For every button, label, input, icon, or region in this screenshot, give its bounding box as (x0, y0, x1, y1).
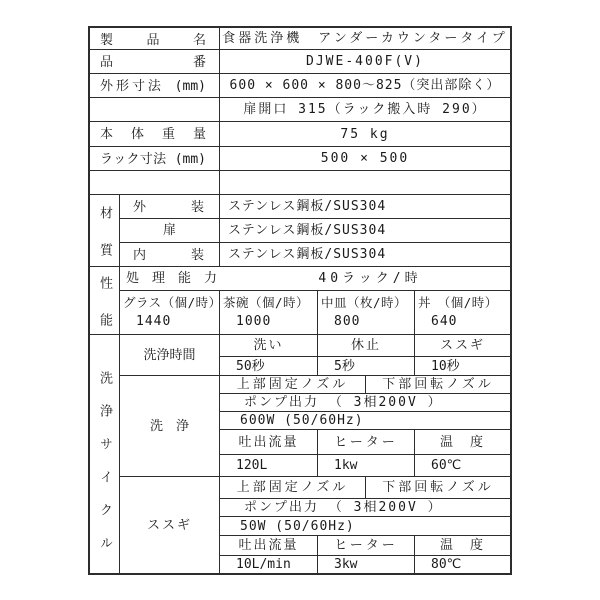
rinse-heater-header: ヒーター (318, 536, 415, 556)
wash-flow-header: 吐出流量 (220, 430, 318, 455)
rinse-flow-value: 10L/min (220, 556, 318, 573)
rinse-nozzle-upper: 上部固定ノズル (220, 477, 366, 499)
wash-section-label: 洗 浄 (120, 376, 220, 477)
wash-nozzle-lower: 下部回転ノズル (366, 376, 510, 394)
product-name-value: 食器洗浄機 アンダーカウンタータイプ (220, 28, 510, 50)
phase-pause-header: 休止 (318, 335, 415, 357)
capacity-item-header: 中皿（枚/時） (318, 297, 414, 310)
rinse-section-label: ススギ (120, 477, 220, 573)
rinse-flow-header: 吐出流量 (220, 536, 318, 556)
material-door-value: ステンレス鋼板/SUS304 (220, 219, 510, 243)
model-number-label: 品番 (90, 50, 220, 74)
capacity-item-value: 640 (415, 315, 510, 328)
model-number-value: DJWE-400F(V) (220, 50, 510, 74)
capacity-value: 40ラック/時 (230, 272, 510, 285)
capacity-item-donburi: 丼 （個/時） 640 (415, 291, 510, 335)
material-exterior-label: 外装 (120, 195, 220, 219)
rinse-temp-header: 温 度 (415, 536, 510, 556)
phase-rinse-value: 10秒 (415, 357, 510, 376)
body-weight-label: 本体重量 (90, 122, 220, 147)
performance-group-cell: 性能 (90, 267, 120, 335)
capacity-item-header: グラス（個/時） (120, 297, 219, 310)
material-group-label: 材質 (98, 206, 111, 268)
wash-temp-header: 温 度 (415, 430, 510, 455)
wash-heater-header: ヒーター (318, 430, 415, 455)
rinse-temp-value: 80℃ (415, 556, 510, 573)
performance-group-label: 性能 (98, 276, 111, 336)
rack-size-label: ラック寸法 (mm) (90, 147, 220, 171)
wash-temp-value: 60℃ (415, 455, 510, 477)
capacity-item-header: 丼 （個/時） (415, 297, 510, 310)
wash-time-label: 洗浄時間 (120, 335, 220, 376)
phase-wash-header: 洗い (220, 335, 318, 357)
spec-table: 製品名 食器洗浄機 アンダーカウンタータイプ 品番 DJWE-400F(V) 外… (88, 26, 512, 575)
capacity-row: 処理能力 40ラック/時 (120, 267, 510, 291)
door-opening-value: 扉開口 315（ラック搬入時 290） (220, 98, 510, 122)
material-door-label: 扉 (120, 219, 220, 243)
spacer-label-cell (90, 171, 220, 195)
door-opening-label (90, 98, 220, 122)
body-weight-value: 75 kg (220, 122, 510, 147)
product-name-label: 製品名 (90, 28, 220, 50)
rinse-pump-output: ポンプ出力 （ 3相200V ） (220, 499, 510, 517)
spacer-value-cell (220, 171, 510, 195)
capacity-item-glass: グラス（個/時） 1440 (120, 291, 220, 335)
rinse-power: 50W (50/60Hz) (220, 517, 510, 536)
wash-heater-value: 1kw (318, 455, 415, 477)
wash-nozzle-upper: 上部固定ノズル (220, 376, 366, 394)
phase-rinse-header: ススギ (415, 335, 510, 357)
cycle-group-label: 洗浄サイクル (98, 371, 111, 569)
outer-dimensions-label: 外形寸法 (mm) (90, 74, 220, 98)
capacity-item-plate: 中皿（枚/時） 800 (318, 291, 415, 335)
wash-power: 600W (50/60Hz) (220, 412, 510, 430)
material-group-cell: 材質 (90, 195, 120, 267)
rack-size-value: 500 × 500 (220, 147, 510, 171)
rinse-nozzle-lower: 下部回転ノズル (366, 477, 510, 499)
capacity-item-value: 800 (318, 315, 414, 328)
material-interior-value: ステンレス鋼板/SUS304 (220, 243, 510, 267)
capacity-item-value: 1440 (120, 315, 219, 328)
outer-dimensions-value: 600 × 600 × 800〜825（突出部除く） (220, 74, 510, 98)
capacity-item-header: 茶碗（個/時） (220, 297, 317, 310)
capacity-item-bowl: 茶碗（個/時） 1000 (220, 291, 318, 335)
capacity-label: 処理能力 (120, 272, 230, 285)
rinse-heater-value: 3kw (318, 556, 415, 573)
wash-pump-output: ポンプ出力 （ 3相200V ） (220, 394, 510, 412)
phase-wash-value: 50秒 (220, 357, 318, 376)
cycle-group-cell: 洗浄サイクル (90, 335, 120, 573)
material-interior-label: 内装 (120, 243, 220, 267)
material-exterior-value: ステンレス鋼板/SUS304 (220, 195, 510, 219)
capacity-item-value: 1000 (220, 315, 317, 328)
wash-flow-value: 120L (220, 455, 318, 477)
phase-pause-value: 5秒 (318, 357, 415, 376)
